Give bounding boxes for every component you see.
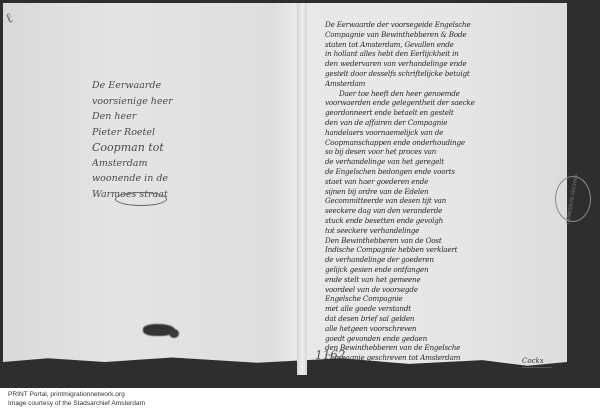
letter-line: Amsterdam [325, 79, 557, 89]
archive-stamp-text: GEMEENTE ARCHIEF [566, 173, 581, 224]
address-line: De Eerwaarde [92, 78, 212, 94]
letter-line: sijnen bij ordre van de Edelen [325, 187, 557, 197]
letter-line: ende stelt van het gemeene [325, 275, 557, 285]
letter-line: Gecommitteerde van desen tijt van [325, 196, 557, 206]
letter-line: den wedervaren van verhandelinge ende [325, 59, 557, 69]
address-line: Den heer [92, 109, 212, 125]
letter-line: Compagnie van Bewinthebberen & Bode [325, 30, 557, 40]
address-line: woonende in de [92, 171, 212, 187]
archive-stamp: GEMEENTE ARCHIEF [555, 176, 591, 222]
letter-line: de verhandelinge der goederen [325, 255, 557, 265]
letter-line: seeckere dag van den veranderde [325, 206, 557, 216]
letter-line: Daer toe heeft den heer genoemde [325, 89, 557, 99]
letter-line: met alle goede verstandt [325, 304, 557, 314]
address-line: Pieter Roetel [92, 125, 212, 141]
letter-line: de verhandelinge van het geregelt [325, 157, 557, 167]
letter-line: gestelt door desselfs schriftelijcke bet… [325, 69, 557, 79]
letter-line: Den Bewinthebberen van de Oost [325, 236, 557, 246]
letter-line: De Eerwaarde der voorsegeide Engelsche [325, 20, 557, 30]
letter-line: dat desen brief sal gelden [325, 314, 557, 324]
paper-fold [297, 3, 307, 375]
flourish-mark [115, 192, 167, 206]
folio-number: 1162 [315, 348, 346, 362]
letter-line: Indische Compagnie hebben verklaert [325, 245, 557, 255]
letter-line: staten tot Amsterdam, Gevallen ende [325, 40, 557, 50]
letter-line: geordonneert ende betaelt en gestelt [325, 108, 557, 118]
letter-line: den Bewinthebberen van de Engelsche [325, 343, 557, 353]
letter-line: de Engelschen bedongen ende voorts [325, 167, 557, 177]
address-line: voorsienige heer [92, 94, 212, 110]
address-line: Amsterdam [92, 156, 212, 172]
letter-line: so bij desen voor het proces van [325, 147, 557, 157]
letter-line: staet van haer goederen ende [325, 177, 557, 187]
letter-line: goedt gevonden ende gedaen [325, 334, 557, 344]
letter-line: tot seeckere verhandelinge [325, 226, 557, 236]
letter-line: voorwaerden ende gelegentheit der saecke [325, 98, 557, 108]
letter-body: De Eerwaarde der voorsegeide Engelsche C… [325, 20, 557, 363]
wax-seal-remnant [169, 329, 179, 338]
letter-line: handelaers voornaemelijck van de [325, 128, 557, 138]
letter-line: gelijck gesien ende ontfangen [325, 265, 557, 275]
caption-source: PRINT Portal, printmigrationnetwork.org [8, 390, 145, 399]
address-line: Coopman tot [92, 140, 212, 156]
letter-line: voordeel van de voorsegde [325, 285, 557, 295]
caption-credit: Image courtesy of the Stadsarchief Amste… [8, 399, 145, 408]
letter-line: in hollant alles hebt den Eerlijckheit i… [325, 49, 557, 59]
letter-line: Engelsche Compagnie [325, 294, 557, 304]
image-caption: PRINT Portal, printmigrationnetwork.org … [8, 390, 145, 408]
document-scan: ℓ De Eerwaarde voorsienige heer Den heer… [0, 0, 600, 388]
letter-line: alle hetgeen voorschreven [325, 324, 557, 334]
signature: Cockx [522, 357, 552, 368]
letter-line: Coopmanschappen ende onderhoudinge [325, 138, 557, 148]
address-block: De Eerwaarde voorsienige heer Den heer P… [92, 78, 212, 202]
letter-line: den van de affairen der Compagnie [325, 118, 557, 128]
letter-line: stuck ende besetten ende gevolgh [325, 216, 557, 226]
